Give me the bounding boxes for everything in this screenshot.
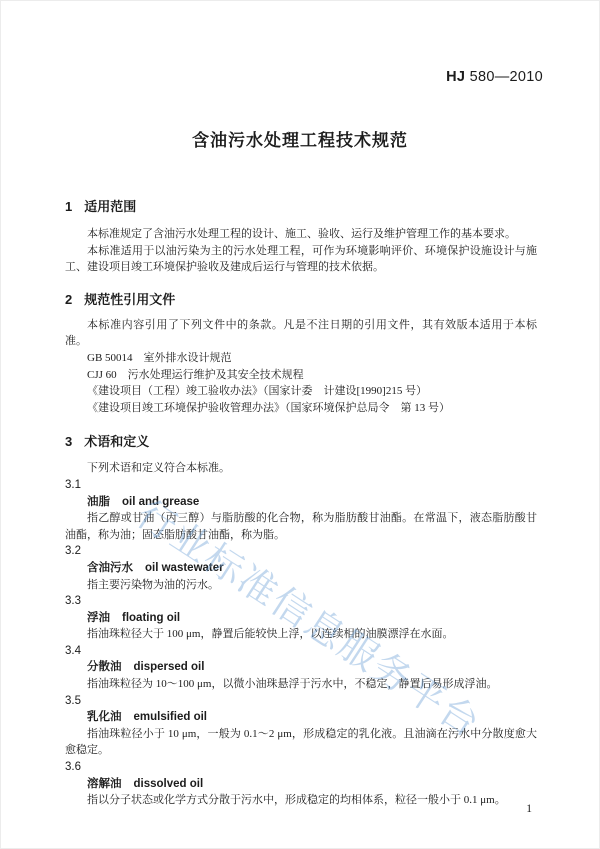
term-number: 3.1 — [65, 477, 537, 494]
reference-item: 《建设项目（工程）竣工验收办法》（国家计委 计建设[1990]215 号） — [87, 383, 537, 400]
term-name-zh: 含油污水 — [87, 562, 133, 574]
term-name-zh: 乳化油 — [87, 711, 122, 723]
section-1-title: 适用范围 — [84, 199, 136, 214]
section-2-title: 规范性引用文件 — [84, 292, 175, 307]
term-name-en: oil wastewater — [145, 562, 224, 574]
document-page: 行业标准信息服务平台 HJ 580—2010 含油污水处理工程技术规范 1适用范… — [0, 0, 600, 849]
section-2-heading: 2规范性引用文件 — [65, 292, 537, 307]
term-definition: 指油珠粒径小于 10 μm，一般为 0.1～2 μm，形成稳定的乳化液。且油滴在… — [65, 726, 537, 759]
term-name-en: oil and grease — [122, 496, 199, 508]
term-name: 油脂oil and grease — [87, 494, 537, 511]
term-name: 溶解油dissolved oil — [87, 776, 537, 793]
term-name-zh: 浮油 — [87, 612, 110, 624]
term-number: 3.2 — [65, 543, 537, 560]
section-1-paragraph: 本标准规定了含油污水处理工程的设计、施工、验收、运行及维护管理工作的基本要求。 — [65, 226, 537, 243]
term-number: 3.5 — [65, 693, 537, 710]
term-name-zh: 溶解油 — [87, 778, 122, 790]
term-number: 3.3 — [65, 593, 537, 610]
term-block: 3.2 含油污水oil wastewater 指主要污染物为油的污水。 — [65, 543, 537, 593]
term-name: 浮油floating oil — [87, 610, 537, 627]
term-name: 含油污水oil wastewater — [87, 560, 537, 577]
section-1-heading: 1适用范围 — [65, 199, 537, 214]
term-block: 3.5 乳化油emulsified oil 指油珠粒径小于 10 μm，一般为 … — [65, 693, 537, 759]
term-block: 3.6 溶解油dissolved oil 指以分子状态或化学方式分散于污水中，形… — [65, 759, 537, 809]
term-definition: 指油珠粒径大于 100 μm，静置后能较快上浮，以连续相的油膜漂浮在水面。 — [65, 626, 537, 643]
reference-item: 《建设项目竣工环境保护验收管理办法》（国家环境保护总局令 第 13 号） — [87, 400, 537, 417]
term-name-en: floating oil — [122, 612, 180, 624]
term-name-en: emulsified oil — [134, 711, 208, 723]
standard-code-number: 580—2010 — [470, 69, 543, 85]
term-block: 3.3 浮油floating oil 指油珠粒径大于 100 μm，静置后能较快… — [65, 593, 537, 643]
section-3-intro: 下列术语和定义符合本标准。 — [65, 460, 537, 477]
term-definition: 指以分子状态或化学方式分散于污水中，形成稳定的均相体系，粒径一般小于 0.1 μ… — [65, 792, 537, 809]
term-name-zh: 分散油 — [87, 661, 122, 673]
term-name-en: dispersed oil — [134, 661, 205, 673]
document-title: 含油污水处理工程技术规范 — [0, 126, 600, 151]
term-definition: 指主要污染物为油的污水。 — [65, 577, 537, 594]
term-number: 3.6 — [65, 759, 537, 776]
standard-code: HJ 580—2010 — [446, 69, 543, 85]
section-3-heading: 3术语和定义 — [65, 434, 537, 449]
section-3-title: 术语和定义 — [84, 434, 149, 449]
term-name-en: dissolved oil — [134, 778, 204, 790]
term-definition: 指油珠粒径为 10～100 μm，以微小油珠悬浮于污水中，不稳定，静置后易形成浮… — [65, 676, 537, 693]
term-name: 分散油dispersed oil — [87, 659, 537, 676]
term-block: 3.1 油脂oil and grease 指乙醇或甘油（丙三醇）与脂肪酸的化合物… — [65, 477, 537, 543]
section-2-number: 2 — [65, 292, 72, 307]
document-body: 1适用范围 本标准规定了含油污水处理工程的设计、施工、验收、运行及维护管理工作的… — [65, 199, 537, 809]
term-definition: 指乙醇或甘油（丙三醇）与脂肪酸的化合物，称为脂肪酸甘油酯。在常温下，液态脂肪酸甘… — [65, 510, 537, 543]
term-block: 3.4 分散油dispersed oil 指油珠粒径为 10～100 μm，以微… — [65, 643, 537, 693]
term-number: 3.4 — [65, 643, 537, 660]
term-name-zh: 油脂 — [87, 496, 110, 508]
reference-item: GB 50014 室外排水设计规范 — [87, 350, 537, 367]
reference-item: CJJ 60 污水处理运行维护及其安全技术规程 — [87, 367, 537, 384]
term-name: 乳化油emulsified oil — [87, 709, 537, 726]
section-1-number: 1 — [65, 199, 72, 214]
section-3-number: 3 — [65, 434, 72, 449]
section-1-paragraph: 本标准适用于以油污染为主的污水处理工程，可作为环境影响评价、环境保护设施设计与施… — [65, 243, 537, 276]
page-number: 1 — [526, 803, 532, 815]
section-2-intro: 本标准内容引用了下列文件中的条款。凡是不注日期的引用文件，其有效版本适用于本标准… — [65, 317, 537, 350]
standard-code-prefix: HJ — [446, 69, 465, 85]
